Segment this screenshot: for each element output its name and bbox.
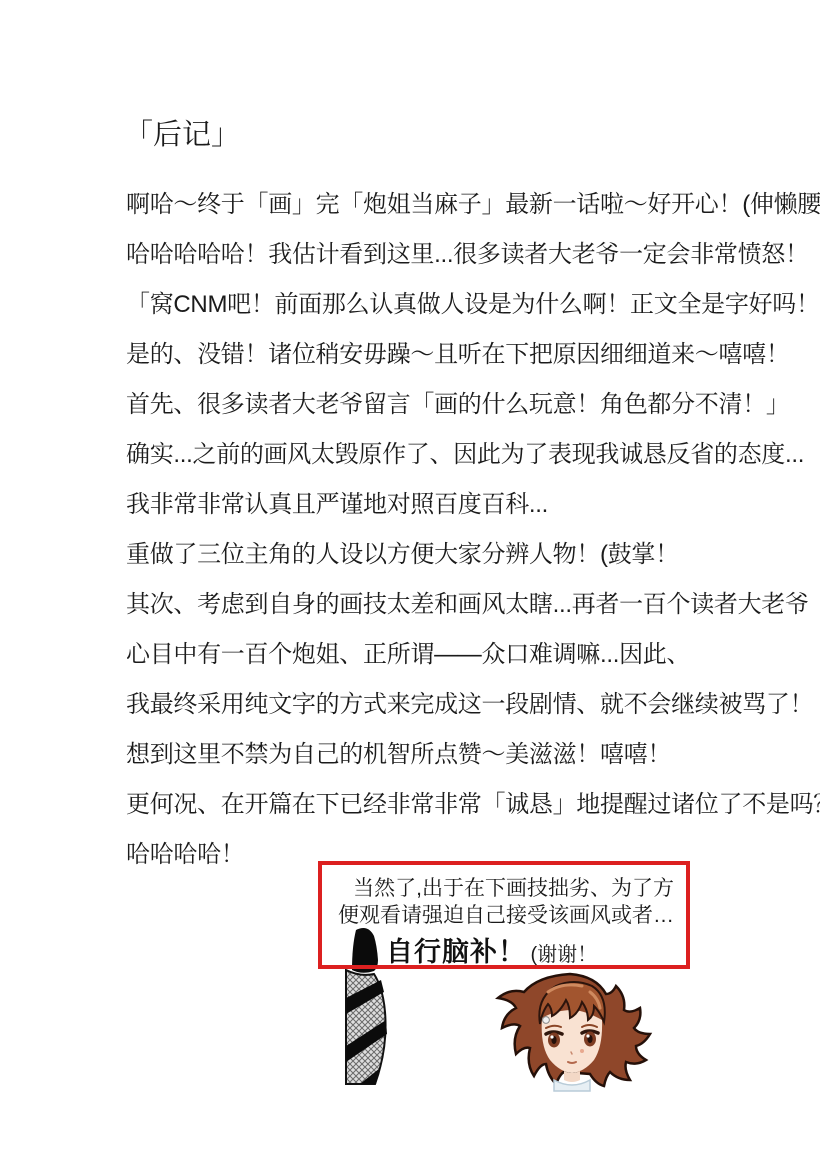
body-line: 首先、很多读者大老爷留言「画的什么玩意！角色都分不清！」	[126, 390, 790, 420]
notice-emphasis-text: 自行脑补！	[386, 937, 526, 967]
body-line: 我非常非常认真且严谨地对照百度百科...	[126, 490, 548, 520]
body-line: 更何况、在开篇在下已经非常非常「诚恳」地提醒过诸位了不是吗？	[126, 790, 820, 820]
notice-line-2: 便观看请强迫自己接受该画风或者…	[334, 902, 674, 929]
body-line: 哈哈哈哈哈！我估计看到这里...很多读者大老爷一定会非常愤怒！	[126, 240, 809, 270]
body-line: 确实...之前的画风太毁原作了、因此为了表现我诚恳反省的态度...	[126, 440, 804, 470]
body-line: 我最终采用纯文字的方式来完成这一段剧情、就不会继续被骂了！	[126, 690, 813, 720]
page-title: 「后记」	[124, 118, 240, 152]
body-line: 哈哈哈哈！	[126, 840, 245, 870]
body-line: 重做了三位主角的人设以方便大家分辨人物！(鼓掌！	[126, 540, 679, 570]
notice-box: 当然了,出于在下画技拙劣、为了方 便观看请强迫自己接受该画风或者… 自行脑补！ …	[318, 861, 690, 969]
character-head-image	[490, 972, 654, 1092]
body-line: 是的、没错！诸位稍安毋躁～且听在下把原因细细道来～嘻嘻！	[126, 340, 790, 370]
body-line: 啊哈～终于「画」完「炮姐当麻子」最新一话啦～好开心！(伸懒腰	[126, 190, 820, 220]
notice-suffix-text: (谢谢！	[530, 944, 597, 966]
afterword-page: 「后记」 啊哈～终于「画」完「炮姐当麻子」最新一话啦～好开心！(伸懒腰 哈哈哈哈…	[0, 0, 820, 1161]
notice-emphasis-row: 自行脑补！ (谢谢！	[334, 930, 674, 969]
body-line: 「窝CNM吧！前面那么认真做人设是为什么啊！正文全是字好吗！」	[126, 290, 820, 320]
body-line: 心目中有一百个炮姐、正所谓——众口难调嘛...因此、	[126, 640, 690, 670]
notice-line-1: 当然了,出于在下画技拙劣、为了方	[334, 875, 674, 902]
body-line: 想到这里不禁为自己的机智所点赞～美滋滋！嘻嘻！	[126, 740, 671, 770]
body-line: 其次、考虑到自身的画技太差和画风太瞎...再者一百个读者大老爷	[126, 590, 809, 620]
